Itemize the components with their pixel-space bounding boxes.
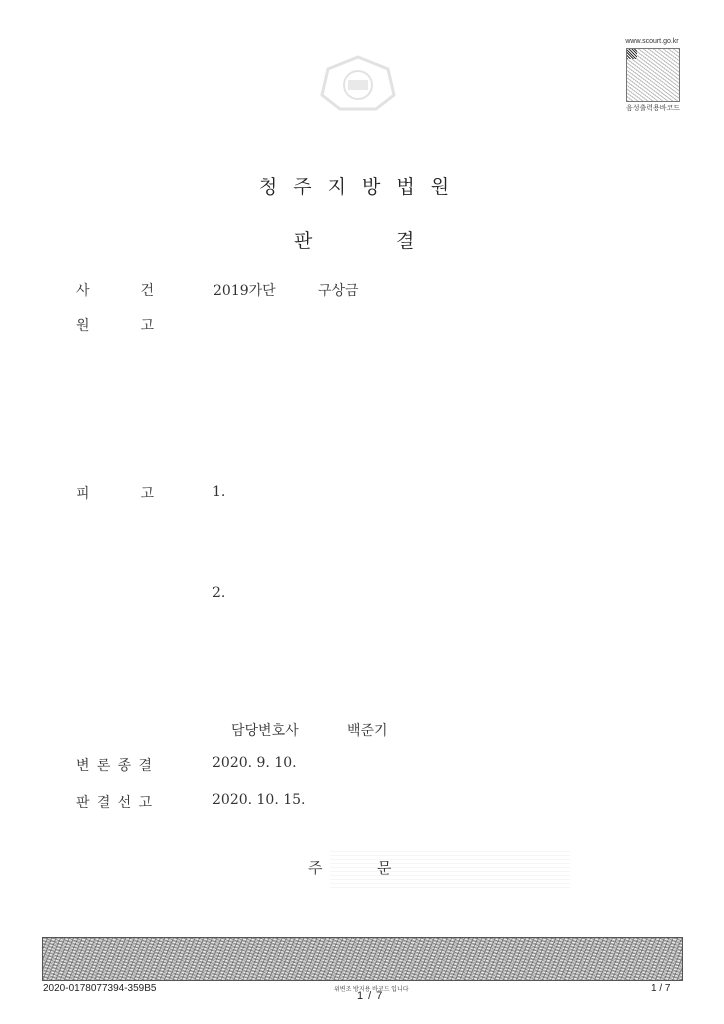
court-name: 청주지방법원 bbox=[0, 172, 724, 199]
defendant-item-1: 1. bbox=[212, 484, 225, 500]
center-page-number: 1 / 7 bbox=[357, 990, 383, 1002]
closing-argument-label: 변 론 종 결 bbox=[76, 755, 152, 775]
court-char: 지 bbox=[328, 176, 362, 198]
qr-corner-mark bbox=[627, 49, 637, 59]
anti-forgery-barcode bbox=[42, 937, 683, 981]
attorney-role: 담당변호사 bbox=[231, 720, 299, 740]
judgment-date: 2020. 10. 15. bbox=[212, 792, 306, 808]
document-id: 2020-0178077394-359B5 bbox=[43, 983, 156, 994]
court-char: 원 bbox=[431, 176, 465, 198]
label-char: 고 bbox=[140, 315, 154, 335]
label-char: 판 bbox=[76, 792, 90, 812]
court-seal-icon bbox=[318, 55, 398, 111]
attorney-name: 백준기 bbox=[347, 720, 388, 740]
closing-argument-date: 2020. 9. 10. bbox=[212, 755, 297, 771]
court-char: 주 bbox=[293, 176, 327, 198]
label-char: 고 bbox=[138, 792, 152, 812]
title-char-2: 결 bbox=[396, 226, 414, 253]
disposition-char-1: 주 bbox=[308, 857, 323, 878]
qr-label: 음성출력용바코드 bbox=[622, 103, 684, 113]
label-char: 결 bbox=[97, 792, 111, 812]
label-char: 사 bbox=[76, 280, 90, 300]
redaction-area bbox=[330, 848, 570, 888]
case-label: 사 건 bbox=[76, 280, 154, 300]
label-char: 론 bbox=[97, 755, 111, 775]
label-char: 변 bbox=[76, 755, 90, 775]
court-char: 청 bbox=[259, 176, 293, 198]
label-char: 고 bbox=[140, 483, 154, 503]
judgment-date-label: 판 결 선 고 bbox=[76, 792, 152, 812]
label-char: 선 bbox=[118, 792, 132, 812]
label-char: 원 bbox=[76, 315, 90, 335]
title-char-1: 판 bbox=[294, 226, 312, 253]
label-char: 종 bbox=[118, 755, 132, 775]
court-char: 법 bbox=[396, 176, 430, 198]
court-char: 방 bbox=[362, 176, 396, 198]
defendant-label: 피 고 bbox=[76, 483, 154, 503]
case-number: 2019가단 bbox=[213, 280, 276, 300]
label-char: 건 bbox=[140, 280, 154, 300]
case-name: 구상금 bbox=[318, 280, 359, 300]
label-char: 결 bbox=[138, 755, 152, 775]
defendant-item-2: 2. bbox=[212, 585, 225, 601]
plaintiff-label: 원 고 bbox=[76, 315, 154, 335]
disposition-char-2: 문 bbox=[377, 857, 392, 878]
qr-url: www.scourt.go.kr bbox=[622, 38, 682, 45]
label-char: 피 bbox=[76, 483, 90, 503]
page-number: 1 / 7 bbox=[651, 983, 670, 994]
